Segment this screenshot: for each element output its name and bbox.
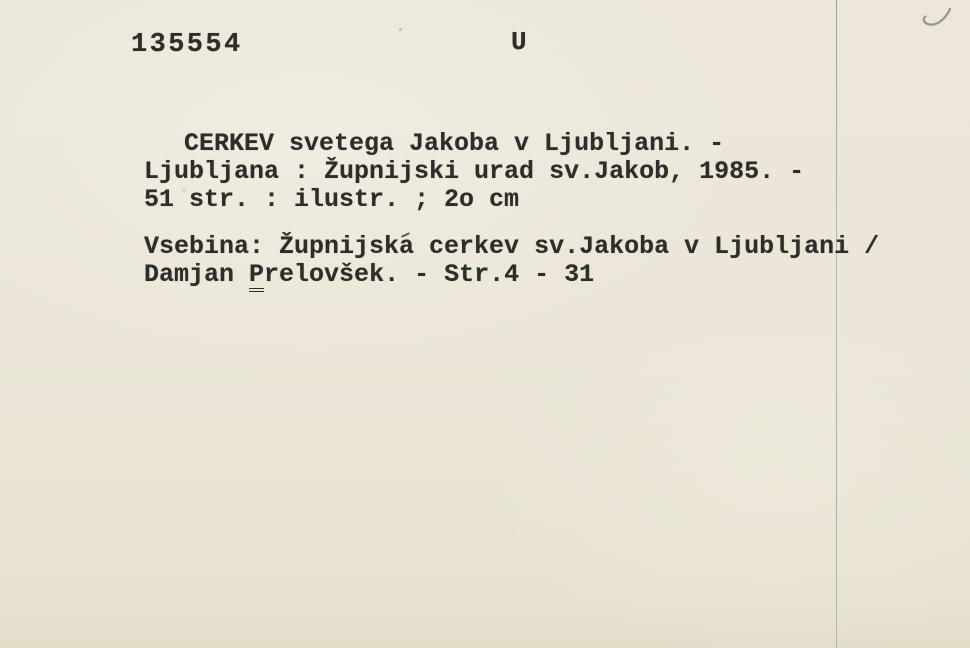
contents-line-2: Damjan Prelovšek. - Str.4 - 31: [144, 261, 879, 292]
filing-underline-letter: P: [249, 262, 264, 292]
description-paragraph: CERKEV svetega Jakoba v Ljubljani. - Lju…: [144, 130, 804, 214]
paper-speck: [399, 28, 402, 31]
heading-letter: U: [511, 27, 527, 57]
contents-line-2-before: Damjan: [144, 260, 249, 289]
catalog-card: 135554 U CERKEV svetega Jakoba v Ljublja…: [0, 0, 970, 648]
description-line-2: Ljubljana : Župnijski urad sv.Jakob, 198…: [144, 158, 804, 186]
contents-note-paragraph: Vsebina: Župnijska cerkev sv.Jakoba v Lj…: [144, 233, 879, 292]
paper-speck: [182, 189, 186, 192]
description-line-1: CERKEV svetega Jakoba v Ljubljani. -: [144, 130, 804, 158]
description-line-3: 51 str. : ilustr. ; 2o cm: [144, 186, 804, 214]
card-vertical-rule: [836, 0, 837, 648]
contents-line-2-after: relovšek. - Str.4 - 31: [264, 260, 594, 289]
contents-line-1: Vsebina: Župnijska cerkev sv.Jakoba v Lj…: [144, 233, 879, 261]
accession-number: 135554: [131, 30, 243, 60]
pencil-checkmark-icon: [900, 0, 964, 40]
